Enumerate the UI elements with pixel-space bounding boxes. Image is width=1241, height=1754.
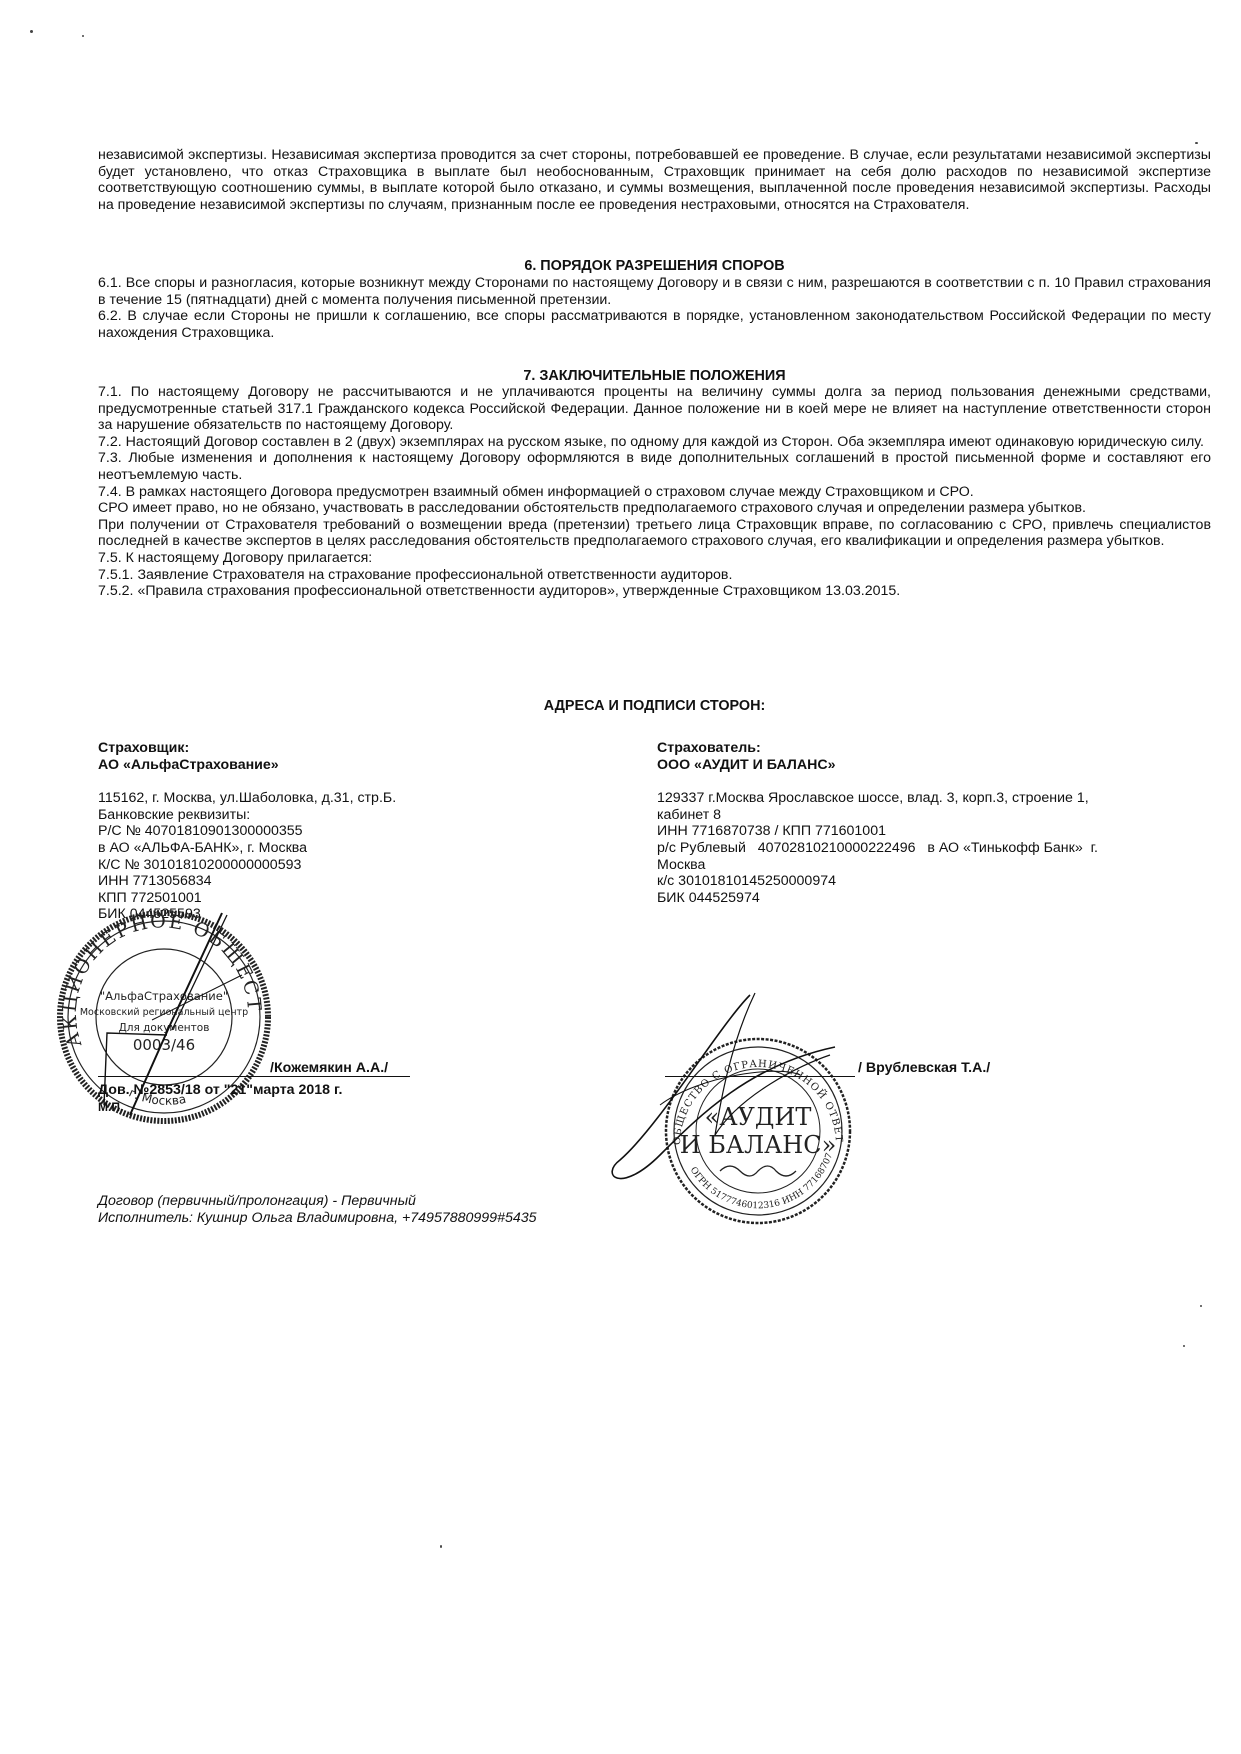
policyholder-stamp-icon: ОБЩЕСТВО С ОГРАНИЧЕННОЙ ОТВЕТСТВЕННОСТЬЮ…: [600, 985, 890, 1235]
signatures-heading: АДРЕСА И ПОДПИСИ СТОРОН:: [98, 698, 1211, 714]
intro-paragraph-block: независимой экспертизы. Независимая эксп…: [98, 147, 1211, 213]
scan-speck: [440, 1545, 442, 1548]
insurer-kpp: КПП 772501001: [98, 890, 518, 907]
document-footer: Договор (первичный/пролонгация) - Первич…: [98, 1193, 537, 1227]
insurer-corr-account: К/С № 30101810200000000593: [98, 857, 518, 874]
policyholder-signatory: / Врублевская Т.А./: [858, 1060, 990, 1076]
clause-7-2: 7.2. Настоящий Договор составлен в 2 (дв…: [98, 434, 1211, 451]
scan-speck: [1183, 1345, 1185, 1347]
clause-7-4-sro-right: СРО имеет право, но не обязано, участвов…: [98, 500, 1211, 517]
policyholder-inn-kpp: ИНН 7716870738 / КПП 771601001: [657, 823, 1177, 840]
policyholder-address: 129337 г.Москва Ярославское шоссе, влад.…: [657, 790, 1177, 807]
scan-speck: [1195, 142, 1198, 144]
insurer-name: АО «АльфаСтрахование»: [98, 757, 518, 774]
insurer-address: 115162, г. Москва, ул.Шаболовка, д.31, с…: [98, 790, 518, 807]
insurer-signature-line: [98, 1076, 410, 1077]
policyholder-account: р/с Рублевый 40702810210000222496 в АО «…: [657, 840, 1177, 857]
intro-paragraph: независимой экспертизы. Независимая эксп…: [98, 147, 1211, 213]
insurer-bank: в АО «АЛЬФА-БАНК», г. Москва: [98, 840, 518, 857]
policyholder-signature-line: [665, 1076, 855, 1077]
policyholder-role: Страхователь:: [657, 740, 1177, 757]
document-page: независимой экспертизы. Независимая эксп…: [0, 0, 1241, 1754]
insurer-signatory: /Кожемякин А.А./: [270, 1060, 388, 1076]
scan-speck: [82, 35, 84, 37]
policyholder-bank-city: Москва: [657, 857, 1177, 874]
clause-7-5-1: 7.5.1. Заявление Страхователя на страхов…: [98, 567, 1211, 584]
clause-7-4: 7.4. В рамках настоящего Договора предус…: [98, 484, 1211, 501]
power-of-attorney: Дов. №2853/18 от "21"марта 2018 г.: [98, 1082, 342, 1098]
scan-speck: [1200, 1305, 1202, 1307]
seal-mark: М.П.: [98, 1100, 123, 1114]
policyholder-block: Страхователь: ООО «АУДИТ И БАЛАНС» 12933…: [657, 740, 1177, 906]
scan-speck: [30, 30, 33, 33]
svg-text:И БАЛАНС»: И БАЛАНС»: [680, 1131, 837, 1159]
clause-6-1: 6.1. Все споры и разногласия, которые во…: [98, 275, 1211, 308]
svg-text:Для документов: Для документов: [119, 1022, 210, 1034]
section-7-body: 7.1. По настоящему Договору не рассчитыв…: [98, 384, 1211, 600]
clause-7-5: 7.5. К настоящему Договору прилагается:: [98, 550, 1211, 567]
section-7-heading: 7. ЗАКЛЮЧИТЕЛЬНЫЕ ПОЛОЖЕНИЯ: [98, 368, 1211, 384]
clause-6-2: 6.2. В случае если Стороны не пришли к с…: [98, 308, 1211, 341]
policyholder-name: ООО «АУДИТ И БАЛАНС»: [657, 757, 1177, 774]
clause-7-5-2: 7.5.2. «Правила страхования профессионал…: [98, 583, 1211, 600]
insurer-block: Страховщик: АО «АльфаСтрахование» 115162…: [98, 740, 518, 923]
section-6-heading: 6. ПОРЯДОК РАЗРЕШЕНИЯ СПОРОВ: [98, 258, 1211, 274]
executor-contact: Исполнитель: Кушнир Ольга Владимировна, …: [98, 1210, 537, 1227]
policyholder-bik: БИК 044525974: [657, 890, 1177, 907]
clause-7-1: 7.1. По настоящему Договору не рассчитыв…: [98, 384, 1211, 434]
section-6-body: 6.1. Все споры и разногласия, которые во…: [98, 275, 1211, 341]
contract-type: Договор (первичный/пролонгация) - Первич…: [98, 1193, 537, 1210]
insurer-account: Р/С № 40701810901300000355: [98, 823, 518, 840]
clause-7-4-claims: При получении от Страхователя требований…: [98, 517, 1211, 550]
svg-text:Московский региональный центр: Московский региональный центр: [80, 1007, 248, 1018]
insurer-inn: ИНН 7713056834: [98, 873, 518, 890]
insurer-role: Страховщик:: [98, 740, 518, 757]
clause-7-3: 7.3. Любые изменения и дополнения к наст…: [98, 450, 1211, 483]
insurer-bank-label: Банковские реквизиты:: [98, 807, 518, 824]
policyholder-corr-account: к/с 30101810145250000974: [657, 873, 1177, 890]
policyholder-address-cont: кабинет 8: [657, 807, 1177, 824]
